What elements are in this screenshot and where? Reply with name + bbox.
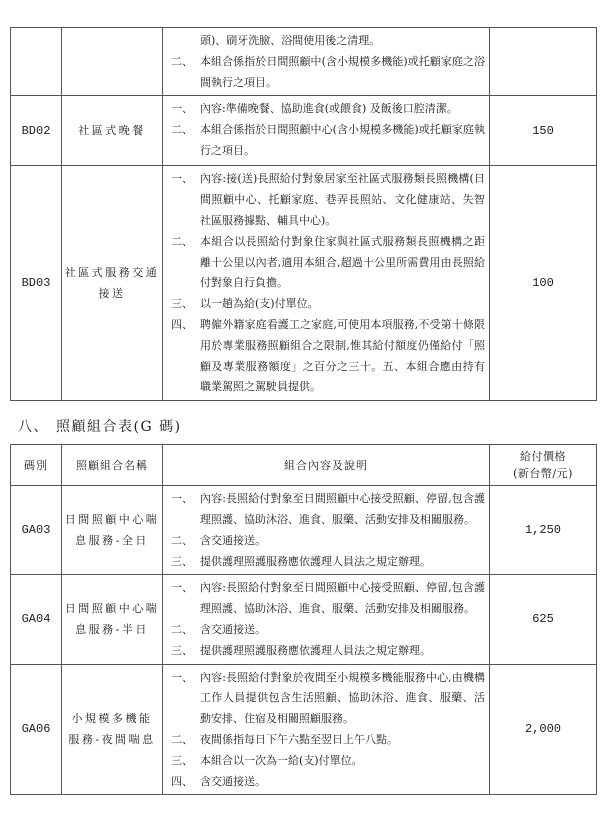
content-item: 二、本組合以長照給付對象住家與社區式服務類長照機構之距離十公里以內者,適用本組合… (171, 232, 485, 294)
table-row: BD02社區式晚餐一、內容:準備晚餐、協助進食(或餵食) 及飯後口腔清潔。二、本… (11, 96, 597, 166)
item-marker: 四、 (171, 315, 193, 336)
item-marker: 一、 (171, 578, 193, 599)
content-item: 二、含交通接送。 (171, 531, 485, 552)
table-row: BD03社區式服務交通 接送一、內容:接(送)長照給付對象居家至社區式服務類長照… (11, 166, 597, 401)
item-text: 夜間係指每日下午六點至翌日上午八點。 (200, 733, 398, 746)
code-cell: GA06 (11, 664, 62, 795)
content-cell: 頭)、刷牙洗臉、浴間使用後之清理。二、本組合係指於日間照顧中(含小規模多機能)或… (163, 28, 490, 96)
content-item: 三、以一趟為給(支)付單位。 (171, 294, 485, 315)
item-text: 含交通接送。 (200, 623, 266, 636)
table-header-row: 碼別 照顧組合名稱 組合內容及說明 給付價格 (新台幣/元) (11, 445, 597, 486)
name-cell: 小規模多機能 服務-夜間喘息 (62, 664, 163, 795)
code-cell: BD02 (11, 96, 62, 166)
header-price: 給付價格 (新台幣/元) (490, 445, 597, 486)
item-text: 頭)、刷牙洗臉、浴間使用後之清理。 (200, 34, 380, 47)
header-price-line1: 給付價格 (490, 448, 596, 465)
item-text: 內容:準備晚餐、協助進食(或餵食) 及飯後口腔清潔。 (200, 102, 458, 115)
item-text: 本組合係指於日間照顧中心(含小規模多機能)或托顧家庭執行之項目。 (200, 123, 485, 157)
section-number: 八、 (18, 419, 49, 435)
section-heading: 八、照顧組合表(G 碼) (18, 416, 606, 436)
item-text: 內容:接(送)長照給付對象居家至社區式服務類長照機構(日間照顧中心、托顧家庭、巷… (200, 172, 485, 227)
item-text: 內容:長照給付對象於夜間至小規模多機能服務中心,由機構工作人員提供包含生活照顧、… (200, 671, 485, 726)
item-text: 含交通接送。 (200, 534, 266, 547)
code-cell (11, 28, 62, 96)
item-text: 含交通接送。 (200, 775, 266, 788)
document-page: 頭)、刷牙洗臉、浴間使用後之清理。二、本組合係指於日間照顧中(含小規模多機能)或… (0, 0, 606, 814)
content-cell: 一、內容:準備晚餐、協助進食(或餵食) 及飯後口腔清潔。二、本組合係指於日間照顧… (163, 96, 490, 166)
item-text: 內容:長照給付對象至日間照顧中心接受照顧、停留,包含護理照護、協助沐浴、進食、服… (200, 581, 485, 615)
content-cell: 一、內容:長照給付對象於夜間至小規模多機能服務中心,由機構工作人員提供包含生活照… (163, 664, 490, 795)
item-text: 提供護理照護服務應依護理人員法之規定辦理。 (200, 555, 431, 568)
content-item: 二、夜間係指每日下午六點至翌日上午八點。 (171, 730, 485, 751)
name-cell: 日間照顧中心喘 息服務-半日 (62, 575, 163, 664)
content-item: 三、提供護理照護服務應依護理人員法之規定辦理。 (171, 552, 485, 573)
header-code: 碼別 (11, 445, 62, 486)
content-item: 一、內容:長照給付對象至日間照顧中心接受照顧、停留,包含護理照護、協助沐浴、進食… (171, 578, 485, 620)
item-marker: 一、 (171, 99, 193, 120)
code-cell: BD03 (11, 166, 62, 401)
item-text: 內容:長照給付對象至日間照顧中心接受照顧、停留,包含護理照護、協助沐浴、進食、服… (200, 492, 485, 526)
header-name: 照顧組合名稱 (62, 445, 163, 486)
header-content: 組合內容及說明 (163, 445, 490, 486)
name-cell (62, 28, 163, 96)
item-marker: 三、 (171, 552, 193, 573)
price-cell (490, 28, 597, 96)
content-cell: 一、內容:接(送)長照給付對象居家至社區式服務類長照機構(日間照顧中心、托顧家庭… (163, 166, 490, 401)
code-cell: GA03 (11, 486, 62, 575)
name-cell: 日間照顧中心喘 息服務-全日 (62, 486, 163, 575)
content-item: 一、內容:長照給付對象於夜間至小規模多機能服務中心,由機構工作人員提供包含生活照… (171, 668, 485, 730)
table-row: 頭)、刷牙洗臉、浴間使用後之清理。二、本組合係指於日間照顧中(含小規模多機能)或… (11, 28, 597, 96)
price-cell: 1,250 (490, 486, 597, 575)
item-marker: 二、 (171, 120, 193, 141)
content-item: 三、提供護理照護服務應依護理人員法之規定辦理。 (171, 641, 485, 662)
item-text: 以一趟為給(支)付單位。 (200, 297, 319, 310)
price-cell: 2,000 (490, 664, 597, 795)
item-marker: 三、 (171, 641, 193, 662)
item-text: 本組合以一次為一給(支)付單位。 (200, 754, 363, 767)
section-title: 照顧組合表(G 碼) (56, 419, 182, 435)
item-marker: 二、 (171, 730, 193, 751)
item-text: 聘僱外籍家庭看護工之家庭,可使用本項服務,不受第十條限用於專業服務照顧組合之限制… (200, 318, 485, 393)
content-item: 三、本組合以一次為一給(支)付單位。 (171, 751, 485, 772)
name-cell: 社區式服務交通 接送 (62, 166, 163, 401)
content-item: 二、含交通接送。 (171, 620, 485, 641)
content-cell: 一、內容:長照給付對象至日間照顧中心接受照顧、停留,包含護理照護、協助沐浴、進食… (163, 486, 490, 575)
price-cell: 625 (490, 575, 597, 664)
item-marker: 一、 (171, 668, 193, 689)
content-item: 一、內容:接(送)長照給付對象居家至社區式服務類長照機構(日間照顧中心、托顧家庭… (171, 169, 485, 231)
g-code-table: 碼別 照顧組合名稱 組合內容及說明 給付價格 (新台幣/元) GA03日間照顧中… (10, 444, 597, 795)
item-marker: 三、 (171, 751, 193, 772)
bd-code-table: 頭)、刷牙洗臉、浴間使用後之清理。二、本組合係指於日間照顧中(含小規模多機能)或… (10, 27, 597, 401)
content-cell: 一、內容:長照給付對象至日間照顧中心接受照顧、停留,包含護理照護、協助沐浴、進食… (163, 575, 490, 664)
header-price-line2: (新台幣/元) (490, 465, 596, 482)
content-item: 一、內容:準備晚餐、協助進食(或餵食) 及飯後口腔清潔。 (171, 99, 485, 120)
item-marker: 二、 (171, 52, 193, 73)
item-marker: 一、 (171, 489, 193, 510)
item-marker: 一、 (171, 169, 193, 190)
price-cell: 150 (490, 96, 597, 166)
item-marker: 四、 (171, 772, 193, 793)
item-text: 本組合以長照給付對象住家與社區式服務類長照機構之距離十公里以內者,適用本組合,超… (200, 235, 485, 290)
content-item: 頭)、刷牙洗臉、浴間使用後之清理。 (171, 31, 485, 52)
name-cell: 社區式晚餐 (62, 96, 163, 166)
item-marker: 二、 (171, 232, 193, 253)
content-item: 四、含交通接送。 (171, 772, 485, 793)
code-cell: GA04 (11, 575, 62, 664)
item-text: 提供護理照護服務應依護理人員法之規定辦理。 (200, 644, 431, 657)
content-item: 四、聘僱外籍家庭看護工之家庭,可使用本項服務,不受第十條限用於專業服務照顧組合之… (171, 315, 485, 398)
item-text: 本組合係指於日間照顧中(含小規模多機能)或托顧家庭之浴間執行之項目。 (200, 55, 485, 89)
item-marker: 二、 (171, 620, 193, 641)
price-cell: 100 (490, 166, 597, 401)
table-row: GA04日間照顧中心喘 息服務-半日一、內容:長照給付對象至日間照顧中心接受照顧… (11, 575, 597, 664)
item-marker: 二、 (171, 531, 193, 552)
table-row: GA03日間照顧中心喘 息服務-全日一、內容:長照給付對象至日間照顧中心接受照顧… (11, 486, 597, 575)
item-marker: 三、 (171, 294, 193, 315)
content-item: 二、本組合係指於日間照顧中(含小規模多機能)或托顧家庭之浴間執行之項目。 (171, 52, 485, 94)
content-item: 二、本組合係指於日間照顧中心(含小規模多機能)或托顧家庭執行之項目。 (171, 120, 485, 162)
table-row: GA06小規模多機能 服務-夜間喘息一、內容:長照給付對象於夜間至小規模多機能服… (11, 664, 597, 795)
content-item: 一、內容:長照給付對象至日間照顧中心接受照顧、停留,包含護理照護、協助沐浴、進食… (171, 489, 485, 531)
